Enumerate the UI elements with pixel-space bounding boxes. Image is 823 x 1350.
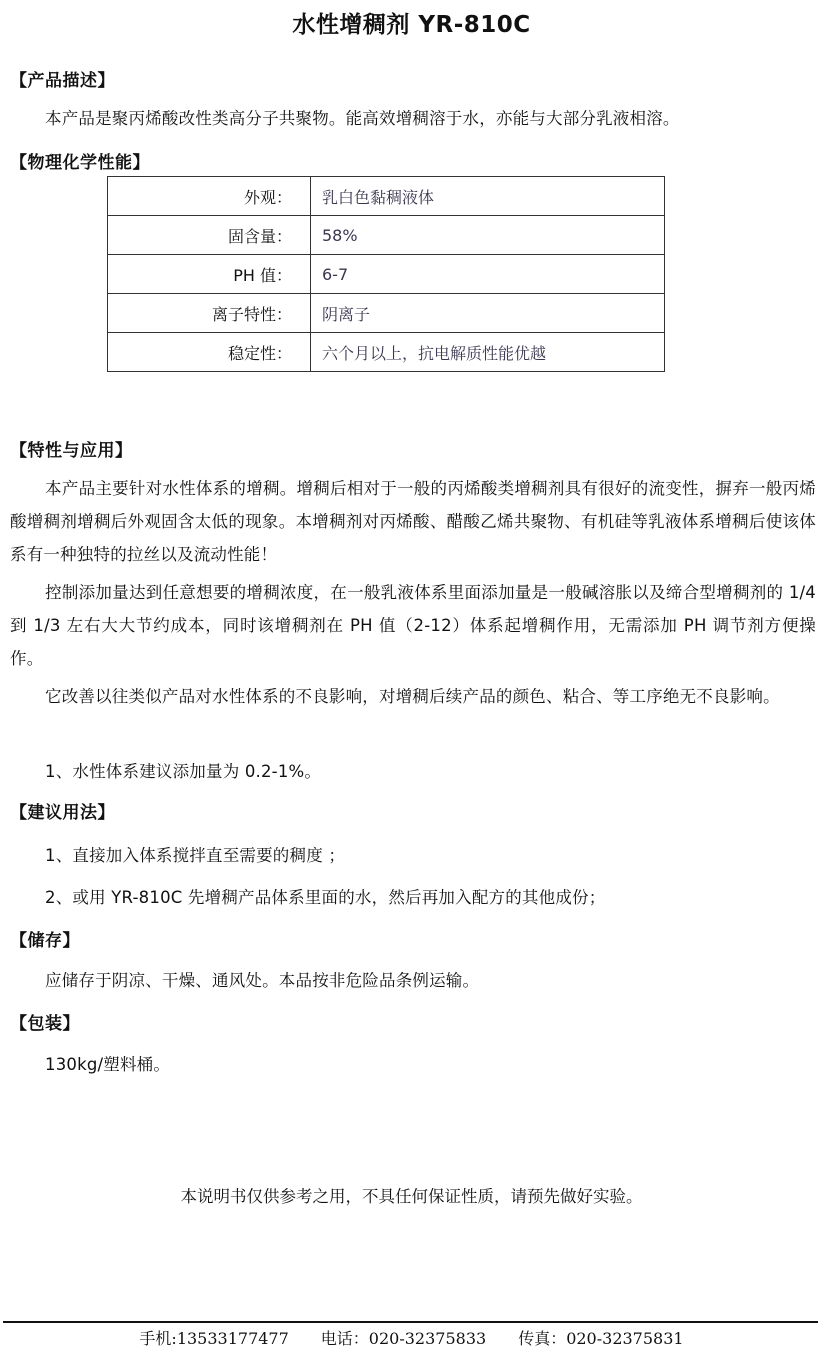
table-row: 稳定性： 六个月以上，抗电解质性能优越 — [108, 333, 665, 372]
property-value: 阴离子 — [311, 294, 665, 333]
usage-item-1: 1、直接加入体系搅拌直至需要的稠度 ； — [45, 842, 345, 866]
description-paragraph: 本产品是聚丙烯酸改性类高分子共聚物。能高效增稠溶于水，亦能与大部分乳液相溶。 — [10, 102, 816, 135]
footer-contacts: 手机:13533177477电话：020-32375833传真：020-3237… — [0, 1326, 823, 1349]
features-paragraph-1: 本产品主要针对水性体系的增稠。增稠后相对于一般的丙烯酸类增稠剂具有很好的流变性，… — [10, 472, 816, 571]
heading-usage: 【建议用法】 — [10, 798, 115, 823]
features-note: 1、水性体系建议添加量为 0.2-1%。 — [45, 758, 321, 782]
features-text-1: 本产品主要针对水性体系的增稠。增稠后相对于一般的丙烯酸类增稠剂具有很好的流变性，… — [10, 479, 816, 564]
property-value: 58% — [311, 216, 665, 255]
property-label: 离子特性： — [108, 294, 311, 333]
storage-text: 应储存于阴凉、干燥、通风处。本品按非危险品条例运输。 — [45, 967, 479, 991]
packaging-text: 130kg/塑料桶。 — [45, 1051, 170, 1075]
property-label: 外观： — [108, 177, 311, 216]
usage-item-2: 2、或用 YR-810C 先增稠产品体系里面的水，然后再加入配方的其他成份； — [45, 884, 605, 908]
footer-mobile: 手机:13533177477 — [139, 1329, 288, 1348]
footer-divider — [3, 1321, 818, 1323]
footer-fax: 传真：020-32375831 — [518, 1329, 683, 1348]
table-row: 外观： 乳白色黏稠液体 — [108, 177, 665, 216]
table-row: PH 值： 6-7 — [108, 255, 665, 294]
heading-storage: 【储存】 — [10, 926, 80, 951]
heading-packaging: 【包装】 — [10, 1009, 80, 1034]
property-value: 六个月以上，抗电解质性能优越 — [311, 333, 665, 372]
property-label: 稳定性： — [108, 333, 311, 372]
features-text-2: 控制添加量达到任意想要的增稠浓度，在一般乳液体系里面添加量是一般碱溶胀以及缔合型… — [10, 583, 816, 668]
property-value: 乳白色黏稠液体 — [311, 177, 665, 216]
features-paragraph-2: 控制添加量达到任意想要的增稠浓度，在一般乳液体系里面添加量是一般碱溶胀以及缔合型… — [10, 576, 816, 675]
table-row: 离子特性： 阴离子 — [108, 294, 665, 333]
property-value: 6-7 — [311, 255, 665, 294]
property-label: PH 值： — [108, 255, 311, 294]
properties-table: 外观： 乳白色黏稠液体 固含量： 58% PH 值： 6-7 离子特性： 阴离子… — [107, 176, 665, 372]
table-row: 固含量： 58% — [108, 216, 665, 255]
heading-properties: 【物理化学性能】 — [10, 148, 150, 173]
heading-features: 【特性与应用】 — [10, 436, 133, 461]
property-label: 固含量： — [108, 216, 311, 255]
features-paragraph-3: 它改善以往类似产品对水性体系的不良影响，对增稠后续产品的颜色、粘合、等工序绝无不… — [10, 680, 816, 713]
features-text-3: 它改善以往类似产品对水性体系的不良影响，对增稠后续产品的颜色、粘合、等工序绝无不… — [45, 687, 780, 706]
footer-phone: 电话：020-32375833 — [321, 1329, 486, 1348]
disclaimer: 本说明书仅供参考之用，不具任何保证性质，请预先做好实验。 — [0, 1183, 823, 1207]
description-text: 本产品是聚丙烯酸改性类高分子共聚物。能高效增稠溶于水，亦能与大部分乳液相溶。 — [45, 109, 680, 128]
document-title: 水性增稠剂 YR-810C — [0, 6, 823, 39]
heading-description: 【产品描述】 — [10, 66, 115, 91]
